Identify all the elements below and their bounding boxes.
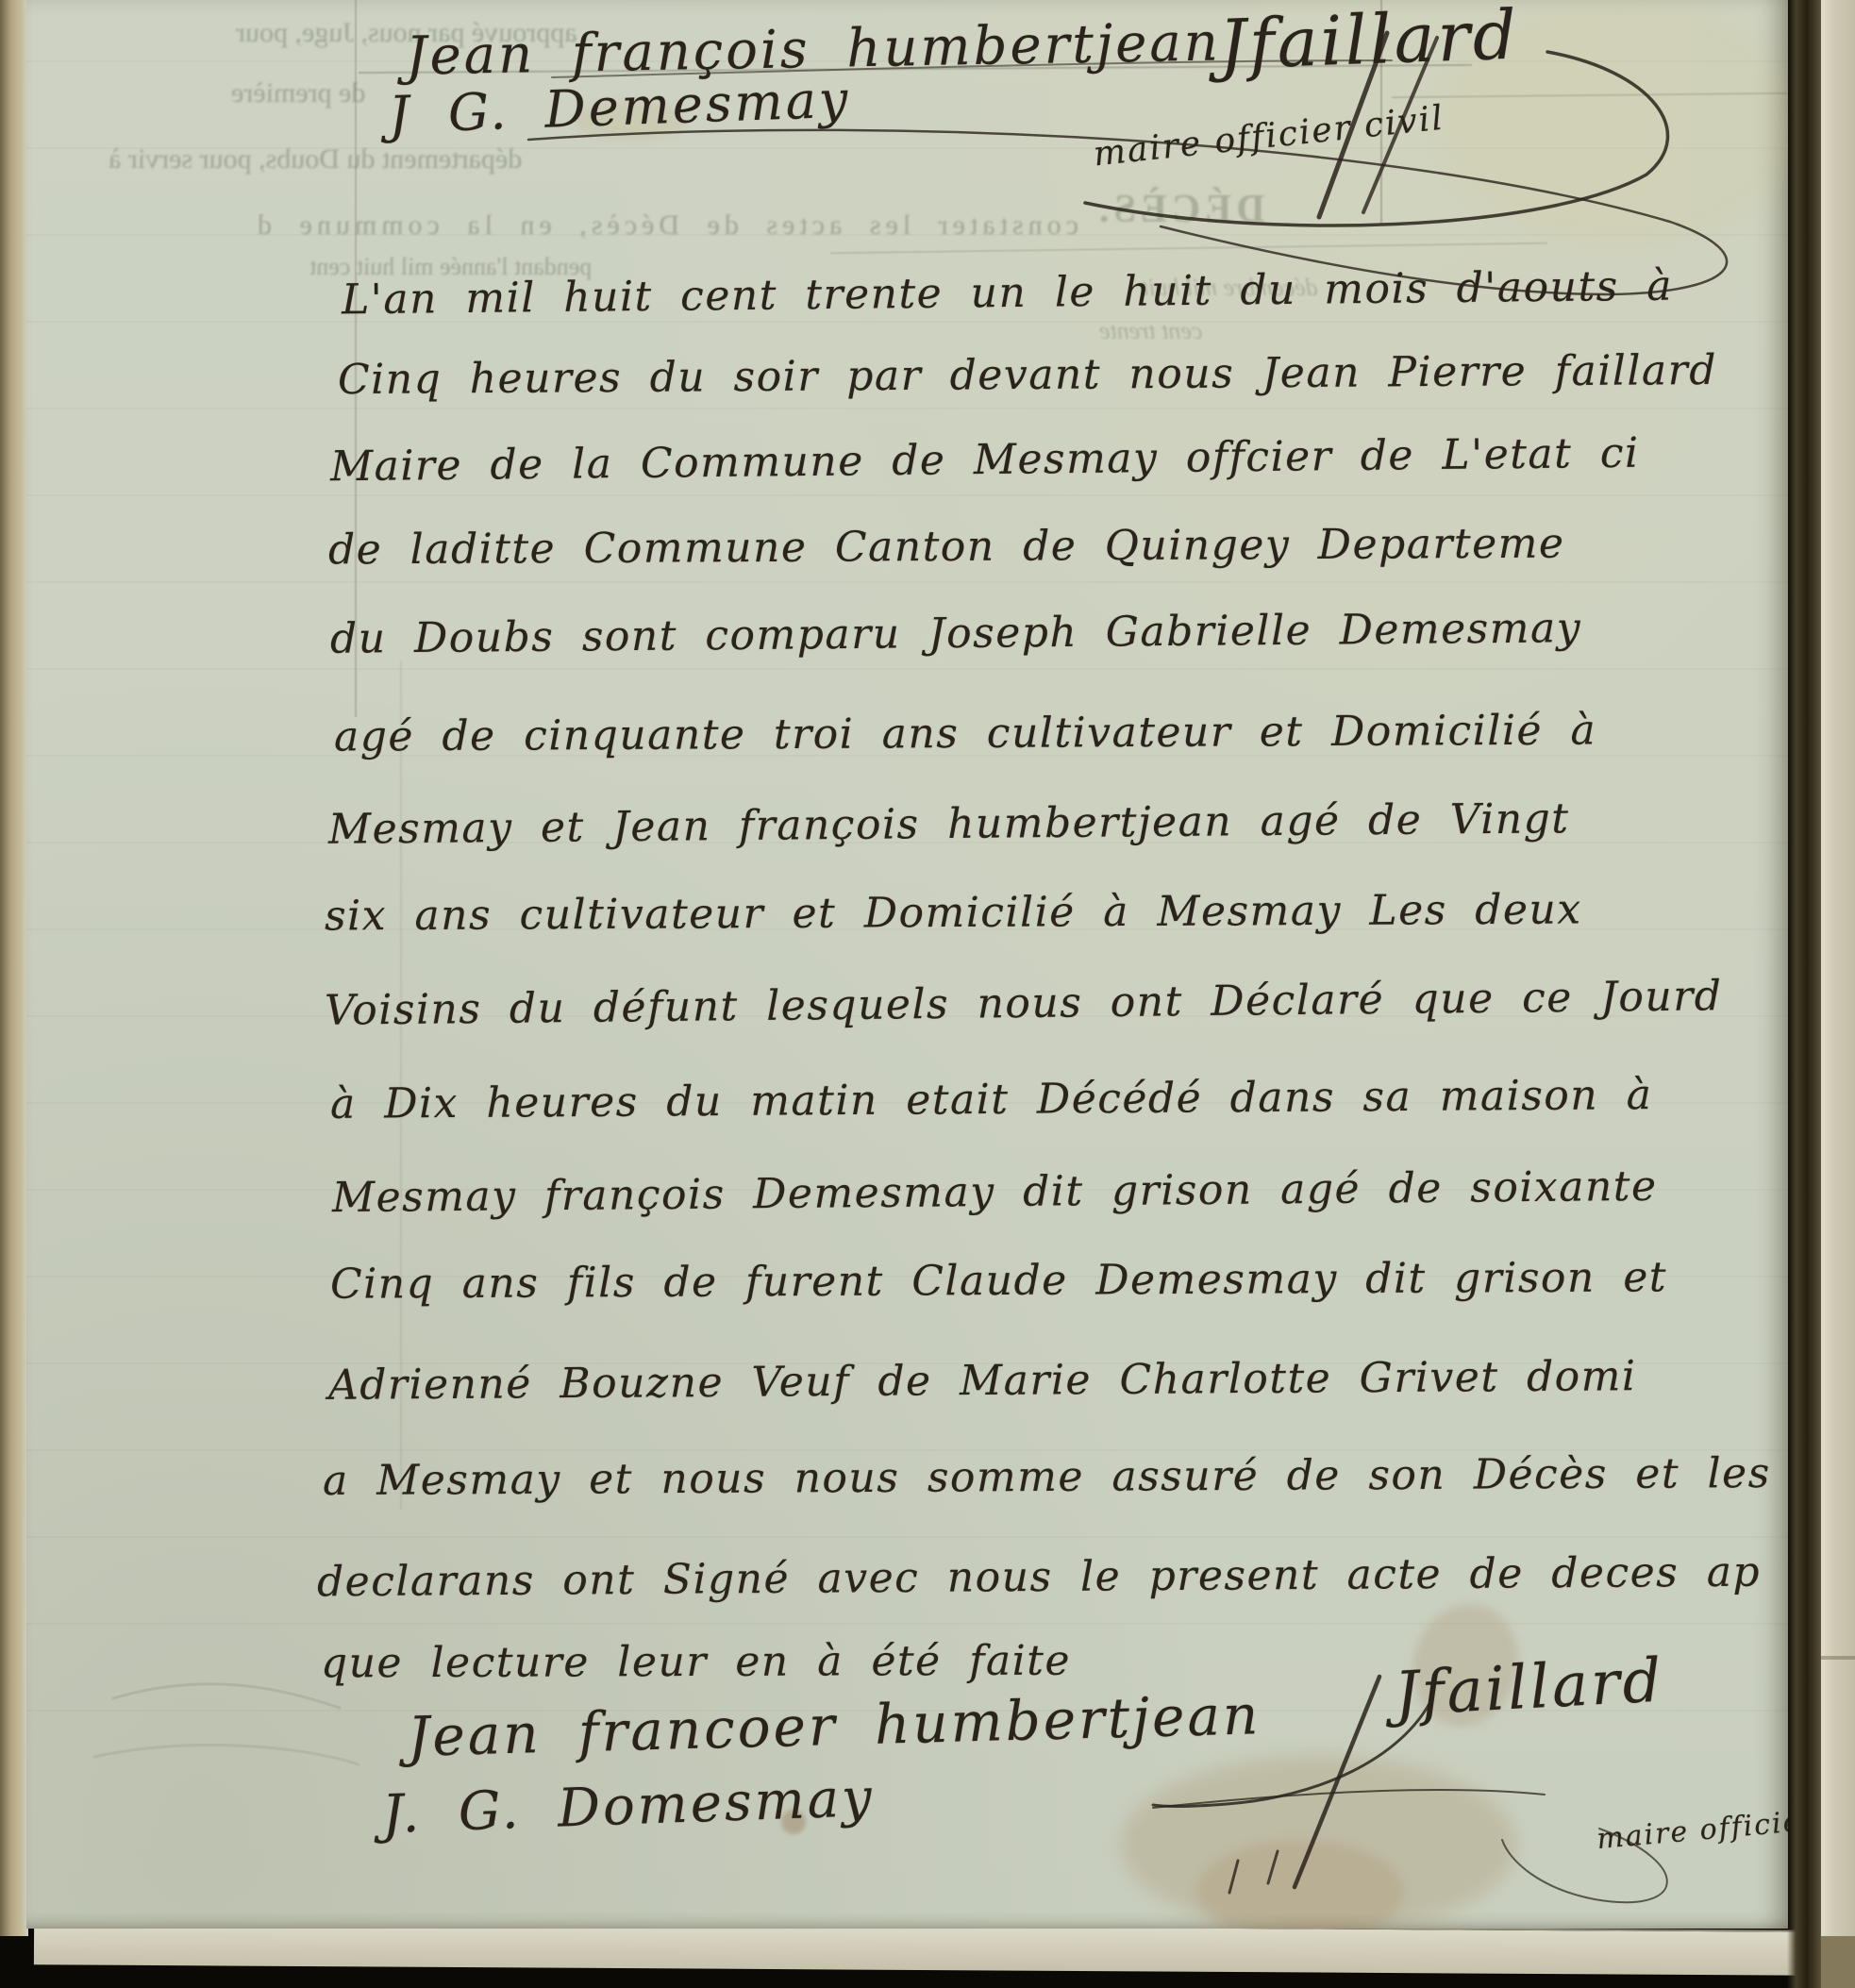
next-page-edge <box>1821 0 1855 1988</box>
act-body-line: de laditte Commune Canton de Quingey Dep… <box>328 520 1565 575</box>
signature-faillard-top: Jfaillard <box>1218 0 1521 85</box>
act-body-line: à Dix heures du matin etait Décédé dans … <box>330 1071 1653 1128</box>
ghost-print-title: DÉCÈS. <box>1095 187 1265 232</box>
act-body-line: declarans ont Signé avec nous le present… <box>317 1548 1761 1607</box>
act-body-line: six ans cultivateur et Domicilié à Mesma… <box>325 886 1582 941</box>
act-body-line: Cinq ans fils de furent Claude Demesmay … <box>330 1253 1667 1308</box>
act-body-line: agé de cinquante troi ans cultivateur et… <box>334 706 1596 760</box>
ghost-print-fragment: de première <box>231 77 365 109</box>
register-page-scan: approuvé par nous, Juge, pour de premièr… <box>0 0 1855 1988</box>
signature-demesmay-bottom: J. G. Domesmay <box>381 1767 876 1846</box>
ghost-print-fragment: constater les actes de Décès, en la comm… <box>253 209 1078 242</box>
signature-faillard-bottom: Jfaillard <box>1393 1646 1665 1730</box>
book-left-edge <box>0 0 28 1936</box>
act-body-line: que lecture leur en à été faite <box>321 1637 1071 1688</box>
register-page: approuvé par nous, Juge, pour de premièr… <box>26 0 1788 1929</box>
act-body-line: Adrienné Bouzne Veuf de Marie Charlotte … <box>328 1352 1637 1410</box>
next-page-crease <box>1821 1656 1855 1660</box>
book-gutter-shadow <box>1787 0 1823 1988</box>
act-body-line: a Mesmay et nous nous somme assuré de so… <box>323 1449 1771 1505</box>
next-page-foot-shadow <box>1821 1936 1855 1988</box>
ghost-print-fragment: département du Doubs, pour servir à <box>109 143 522 175</box>
ghost-handwriting-fragment: cent trente <box>1099 317 1202 345</box>
annotation-maire-bottom: maire officier <box>1596 1804 1788 1856</box>
act-body-line: Cinq heures du soir par devant nous Jean… <box>338 346 1717 404</box>
